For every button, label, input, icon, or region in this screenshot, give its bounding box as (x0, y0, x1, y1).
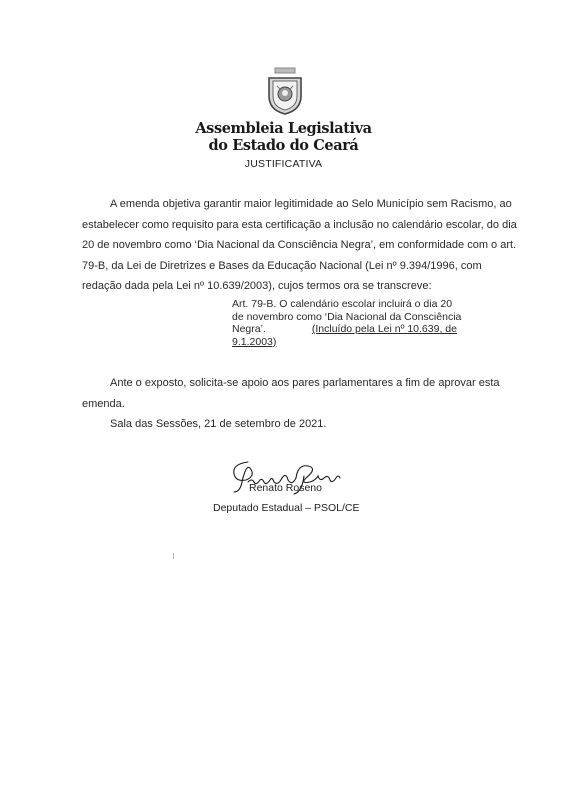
justification-paragraph: A emenda objetiva garantir maior legitim… (82, 194, 482, 297)
law-citation-quote: Art. 79-B. O calendário escolar incluirá… (232, 298, 457, 348)
paragraph-line: A emenda objetiva garantir maior legitim… (82, 194, 482, 215)
paragraph-line: estabelecer como requisito para esta cer… (82, 215, 482, 236)
quote-reference-date: 9.1.2003) (232, 336, 457, 349)
quote-text: Negra’. (232, 323, 266, 335)
quote-line: de novembro como ‘Dia Nacional da Consci… (232, 311, 457, 324)
signer-name: Renato Roseno (249, 482, 322, 494)
quote-line: Art. 79-B. O calendário escolar incluirá… (232, 298, 457, 311)
quote-line: Negra’.(Incluído pela Lei nº 10.639, de (232, 323, 457, 336)
paragraph-line: emenda. (82, 394, 482, 415)
quote-reference: (Incluído pela Lei nº 10.639, de (312, 323, 457, 335)
paragraph-line: redação dada pela Lei nº 10.639/2003), c… (82, 276, 482, 297)
institution-name-line1: Assembleia Legislativa (0, 120, 567, 137)
request-paragraph: Ante o exposto, solicita-se apoio aos pa… (82, 373, 482, 414)
paragraph-line: Ante o exposto, solicita-se apoio aos pa… (82, 373, 482, 394)
signer-role: Deputado Estadual – PSOL/CE (213, 502, 360, 514)
document-page: Assembleia Legislativa do Estado do Cear… (0, 0, 567, 802)
scan-artifact (172, 553, 175, 559)
closing-date: Sala das Sessões, 21 de setembro de 2021… (110, 414, 326, 435)
section-title: JUSTIFICATIVA (0, 158, 567, 170)
state-coat-of-arms-icon (263, 66, 307, 116)
paragraph-line: 79-B, da Lei de Diretrizes e Bases da Ed… (82, 256, 482, 277)
paragraph-line: 20 de novembro como ‘Dia Nacional da Con… (82, 235, 482, 256)
institution-name-line2: do Estado do Ceará (0, 137, 567, 154)
